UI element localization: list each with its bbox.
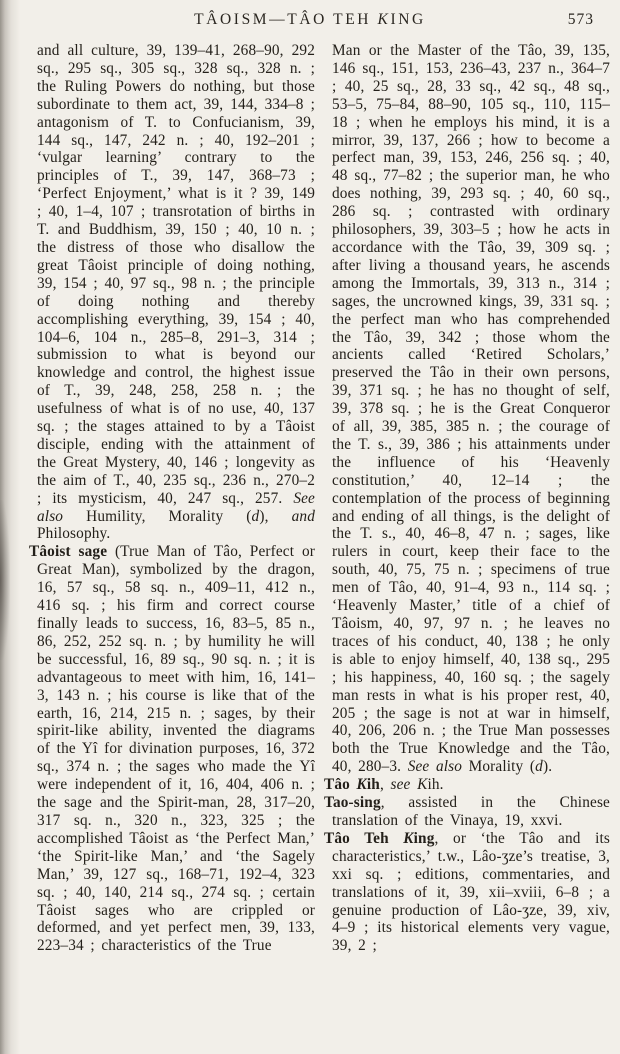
index-paragraph-tao-sing: Tao-sing, assisted in the Chinese transl… [324, 794, 610, 830]
index-paragraph-taoism-continued: and all culture, 39, 139–41, 268–90, 292… [29, 42, 315, 543]
index-paragraph-taoist-sage-continued: Man or the Master of the Tâo, 39, 135, 1… [324, 42, 610, 776]
text-segment: ING [390, 11, 425, 28]
text-segment: ), [259, 508, 291, 525]
text-segment: see [391, 776, 411, 793]
running-header-title: TÂOISM—TÂO TEH KING [194, 11, 426, 29]
text-segment: See also [408, 758, 462, 775]
text-segment: Tao-sing [324, 794, 381, 811]
text-segment: and all culture, 39, 139–41, 268–90, 292… [37, 42, 315, 507]
text-segment: K [403, 830, 413, 847]
text-segment: (True Man of Tâo, Perfect or Great Man),… [37, 543, 315, 954]
index-column-right: Man or the Master of the Tâo, 39, 135, 1… [324, 42, 610, 1052]
index-paragraph-tao-teh-king: Tâo Teh King, or ‘the Tâo and its charac… [324, 830, 610, 955]
text-segment: K [417, 776, 427, 793]
index-column-left: and all culture, 39, 139–41, 268–90, 292… [29, 42, 315, 1052]
text-segment: Man or the Master of the Tâo, 39, 135, 1… [332, 42, 610, 775]
text-segment: , or ‘the Tâo and its characteristics,’ … [332, 830, 610, 954]
text-segment: d [535, 758, 543, 775]
text-segment: K [357, 776, 367, 793]
index-paragraph-tao-kih: Tâo Kih, see Kih. [324, 776, 610, 794]
text-segment: Humility, Morality ( [63, 508, 251, 525]
text-segment: ih [367, 776, 380, 793]
text-segment: , [380, 776, 391, 793]
text-segment: ). [543, 758, 552, 775]
text-segment: K [378, 11, 391, 28]
text-segment: Tâoist sage [29, 543, 107, 560]
text-segment: Philosophy. [37, 525, 110, 542]
index-paragraph-taoist-sage: Tâoist sage (True Man of Tâo, Perfect or… [29, 543, 315, 955]
running-header: TÂOISM—TÂO TEH KING 573 [0, 0, 620, 40]
page-number: 573 [568, 11, 594, 29]
text-segment: Tâo [324, 776, 357, 793]
text-segment: Morality ( [462, 758, 535, 775]
text-segment: ih. [427, 776, 443, 793]
book-page: TÂOISM—TÂO TEH KING 573 and all culture,… [0, 0, 620, 1054]
index-text-block: and all culture, 39, 139–41, 268–90, 292… [0, 40, 620, 1052]
text-segment: and [292, 508, 315, 525]
text-segment: TÂOISM—TÂO TEH [194, 11, 377, 28]
text-segment: Tâo Teh [324, 830, 403, 847]
text-segment: ing [414, 830, 435, 847]
